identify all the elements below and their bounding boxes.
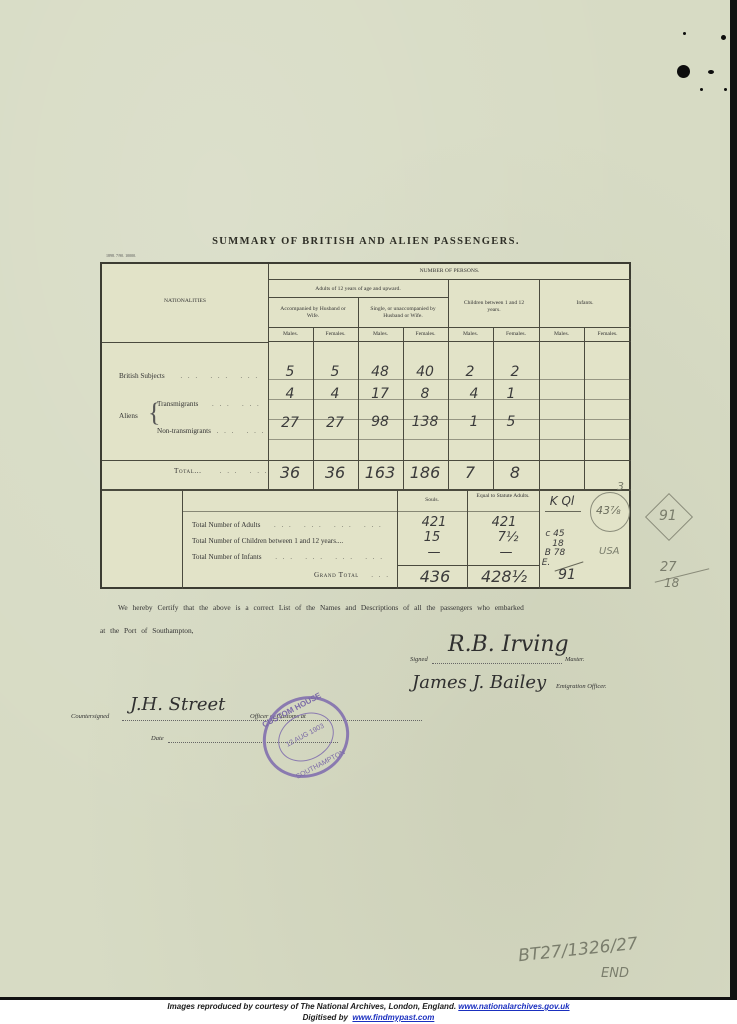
souls-children: 15 (410, 530, 454, 545)
cell-nontrans-acc-males: 27 (268, 415, 312, 431)
header-adults: Adults of 12 years of age and upward. (268, 286, 448, 293)
subheader-females: Females. (493, 331, 539, 338)
total-children-females: 8 (493, 463, 537, 482)
subheader-females: Females. (584, 331, 631, 338)
ink-speck (683, 32, 686, 35)
header-nationalities: NATIONALITIES (102, 298, 268, 305)
summary-label-children: Total Number of Children between 1 and 1… (192, 537, 343, 545)
form-code: 1898. 7/90. 10000. (106, 253, 136, 258)
master-signature: R.B. Irving (448, 632, 569, 657)
statute-infants: — (484, 545, 528, 560)
master-label: Master. (565, 656, 584, 663)
cell-trans-single-females: 8 (403, 386, 447, 402)
note-k-ql: K Ql (542, 494, 582, 508)
cell-nontrans-single-females: 138 (403, 414, 447, 430)
cell-trans-acc-females: 4 (313, 386, 357, 402)
row-group-aliens: Aliens (119, 412, 138, 420)
summary-label-grand-total: Grand Total ... (314, 571, 394, 579)
findmypast-link[interactable]: www.findmypast.com (352, 1013, 434, 1022)
certification-line-2: at the Port of Southampton, (100, 626, 194, 635)
countersign-signature: J.H. Street (130, 694, 225, 715)
row-label-total: Total... ... ... (174, 467, 272, 475)
usa-note: USA (599, 546, 620, 557)
cell-british-single-males: 48 (358, 364, 402, 380)
total-acc-females: 36 (313, 463, 357, 482)
emigration-officer-label: Emigration Officer. (556, 683, 607, 690)
cell-british-acc-males: 5 (268, 364, 312, 380)
end-marker: END (601, 966, 629, 981)
statute-adults: 421 (482, 515, 526, 530)
subheader-males: Males. (268, 331, 313, 338)
ink-speck (700, 88, 703, 91)
cell-nontrans-acc-females: 27 (313, 415, 357, 431)
row-label-transmigrants: Transmigrants ... ... (157, 400, 265, 408)
total-single-males: 163 (358, 463, 402, 482)
souls-infants: — (412, 545, 456, 560)
cell-british-single-females: 40 (403, 364, 447, 380)
cell-trans-children-females: 1 (489, 386, 533, 402)
subheader-females: Females. (313, 331, 358, 338)
subheader-males: Males. (448, 331, 493, 338)
cell-british-children-females: 2 (493, 364, 537, 380)
tally-b: B 78 (542, 548, 568, 558)
document-title: SUMMARY OF BRITISH AND ALIEN PASSENGERS. (100, 236, 632, 247)
cell-trans-acc-males: 4 (268, 386, 312, 402)
master-signature-line (432, 663, 562, 664)
punch-hole (677, 65, 690, 78)
credit-line-1: Images reproduced by courtesy of The Nat… (0, 1002, 737, 1011)
circled-value: 43⅞ (596, 504, 621, 517)
small-3: 3 (617, 480, 624, 493)
fraction-top: 27 (660, 560, 677, 575)
header-single: Single, or unaccompanied by Husband or W… (364, 306, 442, 319)
statute-children: 7½ (486, 530, 530, 545)
date-label: Date (151, 735, 164, 742)
ink-speck (721, 35, 726, 40)
subheader-males: Males. (539, 331, 584, 338)
countersigned-label: Countersigned (71, 713, 109, 720)
header-infants: Infants. (539, 300, 631, 307)
header-statute-adults: Equal to Statute Adults. (472, 493, 534, 500)
header-souls: Souls. (397, 497, 467, 504)
cell-british-acc-females: 5 (313, 364, 357, 380)
row-label-british-subjects: British Subjects ... ... ... (119, 372, 263, 380)
souls-adults: 421 (412, 515, 456, 530)
header-accompanied: Accompanied by Husband or Wife. (278, 306, 348, 319)
grand-total-souls: 436 (407, 567, 463, 586)
diamond-value: 91 (659, 508, 677, 524)
total-single-females: 186 (403, 463, 447, 482)
cell-trans-single-males: 17 (358, 386, 402, 402)
header-number-of-persons: NUMBER OF PERSONS. (268, 268, 631, 275)
signed-label: Signed (410, 656, 428, 663)
ink-speck (708, 70, 714, 74)
cell-nontrans-single-males: 98 (358, 414, 402, 430)
passenger-summary-table: NUMBER OF PERSONS. NATIONALITIES Adults … (100, 262, 631, 589)
national-archives-link[interactable]: www.nationalarchives.gov.uk (458, 1002, 569, 1011)
summary-label-adults: Total Number of Adults ... ... ... ... (192, 521, 387, 529)
total-children-males: 7 (448, 463, 492, 482)
ink-speck (724, 88, 727, 91)
credit-line-2: Digitised by www.findmypast.com (0, 1013, 737, 1022)
tally-c: c 45 (542, 529, 568, 539)
cell-nontrans-children-females: 5 (489, 414, 533, 430)
row-label-non-transmigrants: Non-transmigrants ... ... (157, 427, 269, 435)
emigration-officer-signature: James J. Bailey (412, 672, 546, 693)
fraction-bottom: 18 (664, 576, 679, 590)
tally-total: 91 (552, 567, 582, 583)
certification-line-1: We hereby Certify that the above is a co… (118, 603, 524, 612)
grand-total-statute: 428½ (474, 567, 534, 586)
subheader-males: Males. (358, 331, 403, 338)
summary-label-infants: Total Number of Infants ... ... ... ... (192, 553, 388, 561)
subheader-females: Females. (403, 331, 448, 338)
cell-british-children-males: 2 (448, 364, 492, 380)
header-children: Children between 1 and 12 years. (459, 300, 529, 313)
total-acc-males: 36 (268, 463, 312, 482)
